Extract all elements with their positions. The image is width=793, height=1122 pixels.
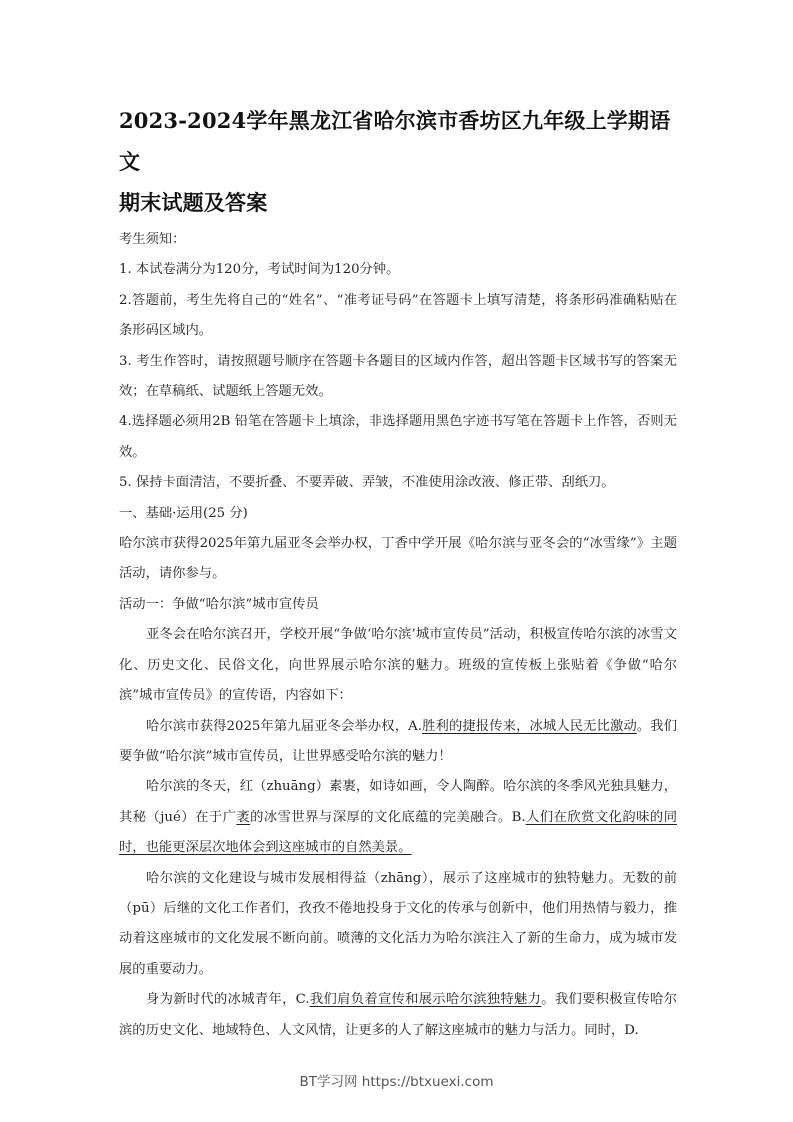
paragraph-3: 哈尔滨的冬天，红（zhuāng）素裹，如诗如画，令人陶醉。哈尔滨的冬季风光独具魅…: [119, 772, 677, 863]
paragraph-2: 哈尔滨市获得2025年第九届亚冬会举办权，A.胜利的捷报传来，冰城人民无比激动。…: [119, 712, 677, 773]
notice-item-1: 1. 本试卷满分为120分，考试时间为120分钟。: [119, 255, 677, 285]
notice-item-3: 3. 考生作答时，请按照题号顺序在答题卡各题目的区域内作答，超出答题卡区域书写的…: [119, 347, 677, 408]
paragraph-2-before: 哈尔滨市获得2025年第九届亚冬会举办权，A.: [146, 719, 422, 734]
footer-watermark: BT学习网 https://btxuexi.com: [0, 1070, 793, 1090]
notice-item-5: 5. 保持卡面清洁，不要折叠、不要弄破、弄皱，不准使用涂改液、修正带、刮纸刀。: [119, 468, 677, 498]
paragraph-1: 亚冬会在哈尔滨召开，学校开展“争做‘哈尔滨’城市宣传员”活动，积极宣传哈尔滨的冰…: [119, 620, 677, 711]
paragraph-5: 身为新时代的冰城青年，C.我们肩负着宣传和展示哈尔滨独特魅力。我们要积极宣传哈尔…: [119, 985, 677, 1046]
activity-heading: 活动一：争做“哈尔滨”城市宣传员: [119, 590, 677, 620]
section-intro: 哈尔滨市获得2025年第九届亚冬会举办权，丁香中学开展《哈尔滨与亚冬会的“冰雪缘…: [119, 529, 677, 590]
sentence-a-underlined: 胜利的捷报传来，冰城人民无比激动: [422, 719, 637, 734]
section-heading: 一、基础·运用(25 分): [119, 499, 677, 529]
document-content: 2023-2024学年黑龙江省哈尔滨市香坊区九年级上学期语文 期末试题及答案 考…: [119, 100, 677, 1046]
document-title: 2023-2024学年黑龙江省哈尔滨市香坊区九年级上学期语文 期末试题及答案: [119, 100, 677, 223]
paragraph-4: 哈尔滨的文化建设与城市发展相得益（zhāng），展示了这座城市的独特魅力。无数的…: [119, 864, 677, 986]
title-line-1: 2023-2024学年黑龙江省哈尔滨市香坊区九年级上学期语文: [119, 100, 677, 182]
notice-heading: 考生须知：: [119, 225, 677, 255]
notice-item-2: 2.答题前，考生先将自己的“姓名”、“准考证号码”在答题卡上填写清楚，将条形码准…: [119, 286, 677, 347]
paragraph-3-middle: 的冰雪世界与深厚的文化底蕴的完美融合。B.: [250, 810, 525, 825]
title-line-2: 期末试题及答案: [119, 182, 677, 223]
sentence-c-underlined: 我们肩负着宣传和展示哈尔滨独特魅力: [310, 992, 542, 1007]
underlined-character: 袤: [236, 810, 250, 825]
notice-item-4: 4.选择题必须用2B 铅笔在答题卡上填涂，非选择题用黑色字迹书写笔在答题卡上作答…: [119, 407, 677, 468]
paragraph-5-before: 身为新时代的冰城青年，C.: [146, 992, 310, 1007]
document-page: 2023-2024学年黑龙江省哈尔滨市香坊区九年级上学期语文 期末试题及答案 考…: [0, 0, 793, 1122]
